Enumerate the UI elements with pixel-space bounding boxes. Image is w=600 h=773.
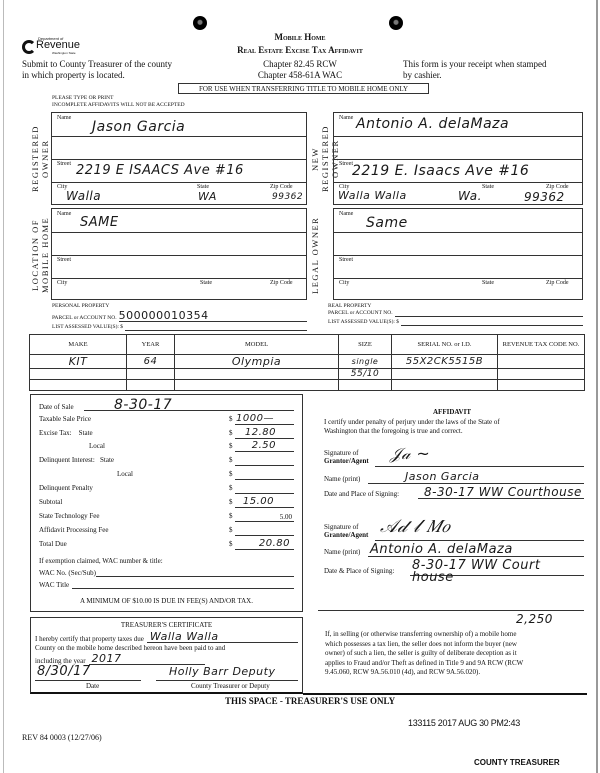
taxable-price-field[interactable]: 1000— [236, 413, 274, 424]
fill-line [235, 507, 294, 508]
technology-fee-field[interactable]: 5.00 [280, 513, 292, 521]
col-year: YEAR [127, 335, 175, 355]
cell-serial[interactable] [392, 369, 498, 380]
cert-date-label: Date [86, 682, 99, 690]
tax-row-subtotal: Subtotal$15.00 [39, 498, 294, 510]
cell-make[interactable]: KIT [30, 355, 127, 369]
divider [334, 255, 582, 256]
legal-owner-box: Name Same Street City State Zip Code [333, 208, 583, 300]
tax-row-technology-fee: State Technology Fee$5.00 [39, 512, 294, 524]
lien-line: If, in selling (or otherwise transferrin… [325, 630, 587, 640]
cell-make[interactable] [30, 380, 127, 391]
section-label-new-owner: NEW REGISTEREDOWNER [310, 113, 334, 205]
tax-label: Excise Tax: State [39, 429, 93, 437]
grantee-signature-label: Signature of Grantee/Agent [324, 523, 368, 539]
fill-line [235, 438, 294, 439]
treasurer-use-label: THIS SPACE - TREASURER'S USE ONLY [225, 696, 395, 706]
form-title-line2: Real Estate Excise Tax Affidavit [180, 45, 420, 55]
lien-top-line [318, 610, 584, 611]
assessed-value-label: LIST ASSESSED VALUE(S): $ [328, 319, 399, 326]
divider [334, 136, 582, 137]
city-label: City [339, 280, 349, 286]
real-property-parcel: REAL PROPERTY PARCEL or ACCOUNT NO. LIST… [328, 303, 583, 326]
fill-line [235, 549, 294, 550]
tax-label: Taxable Sale Price [39, 415, 91, 423]
tax-row-processing-fee: Affidavit Processing Fee$ [39, 526, 294, 538]
certify-line1: I certify under penalty of perjury under… [324, 418, 500, 427]
logo-swoosh-icon [22, 40, 36, 54]
instruction-type-print: PLEASE TYPE OR PRINT [52, 95, 185, 102]
personal-property-parcel: PERSONAL PROPERTY PARCEL or ACCOUNT NO.5… [52, 303, 307, 331]
grantor-signature-field[interactable] [375, 466, 584, 467]
name-label: Name [339, 211, 353, 217]
tax-label: Local [117, 470, 133, 478]
cell-model[interactable] [175, 369, 339, 380]
name-label: Name [57, 211, 71, 217]
treasurer-use-divider [303, 693, 587, 695]
excise-local-field[interactable]: 2.50 [252, 440, 276, 451]
real-property-label: REAL PROPERTY [328, 303, 583, 310]
street-label: Street [339, 257, 353, 263]
divider [334, 159, 582, 160]
cell-revenue-code[interactable] [498, 355, 585, 369]
tax-row-delinquent-local: Local$ [39, 470, 294, 482]
certify-line2: Washington that the foregoing is true an… [324, 427, 500, 436]
city-label: City [57, 280, 67, 286]
grantee-name-field[interactable]: Antonio A. delaMaza [370, 542, 513, 557]
logo-line3: Washington State [52, 51, 76, 55]
cell-size[interactable]: 55/10 [339, 369, 392, 380]
grantee-signature-field[interactable] [375, 540, 584, 541]
fill-line [235, 493, 294, 494]
affidavit-section: AFFIDAVIT I certify under penalty of per… [320, 404, 584, 604]
grantor-name-field[interactable]: Jason Garcia [405, 470, 480, 483]
cell-size[interactable]: single [339, 355, 392, 369]
parcel-no-label: PARCEL or ACCOUNT NO. [328, 310, 393, 317]
grantor-name-label: Name (print) [324, 475, 360, 483]
divider [334, 278, 582, 279]
mobile-home-table: MAKE YEAR MODEL SIZE SERIAL NO. or I.D. … [29, 334, 585, 391]
dollar-sign: $ [229, 526, 233, 534]
cert-line1: I hereby certify that property taxes due… [35, 631, 298, 643]
grantee-date-label: Date & Place of Signing: [324, 567, 394, 575]
lien-line: applies to Fraud and/or Theft as defined… [325, 659, 587, 669]
grantor-date-label: Date and Place of Signing: [324, 490, 399, 498]
personal-assessed-field[interactable] [125, 324, 307, 331]
tax-row-delinquent-state: Delinquent Interest: State$ [39, 456, 294, 468]
form-number: REV 84 0003 (12/27/06) [22, 733, 102, 742]
cert-date-field[interactable]: 8/30/17 [37, 664, 91, 679]
table-row [30, 380, 585, 391]
dollar-sign: $ [229, 415, 233, 423]
sig-label-line2: Grantee/Agent [324, 531, 368, 539]
punch-hole-right [389, 16, 403, 30]
col-size: SIZE [339, 335, 392, 355]
affidavit-certify: I certify under penalty of perjury under… [324, 418, 500, 436]
grantee-signature-scribble: 𝒜𝒹 𝓁 𝑀𝑜 [380, 516, 450, 537]
logo-wordmark: Revenue [36, 40, 80, 51]
grantee-date-field[interactable]: 8-30-17 WW Court house [412, 560, 582, 584]
cell-serial[interactable] [392, 380, 498, 391]
fill-line [235, 424, 294, 425]
new-owner-name-field[interactable]: Antonio A. delaMaza [356, 116, 509, 132]
col-make: MAKE [30, 335, 127, 355]
fill-line [235, 535, 294, 536]
new-owner-zip-field[interactable]: 99362 [524, 190, 565, 204]
wac-title-label: WAC Title [39, 581, 69, 589]
submit-note: Submit to County Treasurer of the county… [22, 59, 172, 81]
stamp-office: COUNTY TREASURER [474, 758, 560, 767]
chapter-rcw: Chapter 82.45 RCW [200, 59, 400, 70]
divider [334, 232, 582, 233]
lien-line: owner) of such a lien, the seller is gui… [325, 649, 587, 659]
name-label: Name [57, 115, 71, 121]
real-assessed-field[interactable] [401, 319, 583, 326]
cell-size[interactable] [339, 380, 392, 391]
minimum-fee-note: A MINIMUM OF $10.00 IS DUE IN FEE(S) AND… [31, 597, 302, 605]
submit-note-line1: Submit to County Treasurer of the county [22, 59, 172, 70]
state-label: State [482, 280, 494, 286]
page-edge-right [596, 0, 598, 773]
tax-label: Delinquent Penalty [39, 484, 93, 492]
table-row: KIT 64 Olympia single 55X2CK5515B [30, 355, 585, 369]
dollar-sign: $ [229, 540, 233, 548]
zip-label: Zip Code [270, 280, 293, 286]
lien-notice: If, in selling (or otherwise transferrin… [325, 630, 587, 678]
zip-label: Zip Code [546, 280, 569, 286]
table-header-row: MAKE YEAR MODEL SIZE SERIAL NO. or I.D. … [30, 335, 585, 355]
wac-title-field[interactable] [72, 581, 294, 589]
cert-line1-text: I hereby certify that property taxes due [35, 635, 144, 643]
registered-owner-name-field[interactable]: Jason Garcia [92, 119, 185, 135]
receipt-note-line1: This form is your receipt when stamped [403, 59, 546, 70]
tax-row-taxable-price: Taxable Sale Price$1000— [39, 415, 294, 427]
cell-make[interactable] [30, 369, 127, 380]
submit-note-line2: in which property is located. [22, 70, 172, 81]
state-label: State [482, 184, 494, 190]
grantor-signature-label: Signature of Grantor/Agent [324, 449, 369, 465]
divider [52, 278, 306, 279]
date-of-sale-row: Date of Sale 8-30-17 [39, 399, 294, 413]
dollar-sign: $ [229, 484, 233, 492]
new-owner-city-field[interactable]: Walla Walla [338, 189, 407, 202]
receipt-stamp: 133115 2017 AUG 30 PM2:43 [408, 718, 520, 728]
grantee-name-label: Name (print) [324, 548, 360, 556]
cert-date-line [35, 680, 141, 681]
wac-no-field[interactable] [96, 569, 294, 577]
receipt-note: This form is your receipt when stamped b… [403, 59, 546, 81]
excise-state-field[interactable]: 12.80 [245, 427, 276, 438]
chapter-wac: Chapter 458-61A WAC [200, 70, 400, 81]
total-due-field[interactable]: 20.80 [259, 538, 290, 549]
treasurer-certificate-box: TREASURER'S CERTIFICATE I hereby certify… [30, 617, 303, 694]
instructions: PLEASE TYPE OR PRINT INCOMPLETE AFFIDAVI… [52, 95, 185, 109]
registered-owner-city-field[interactable]: Walla [66, 189, 101, 203]
punch-hole-left [193, 16, 207, 30]
cert-treasurer-label: County Treasurer or Deputy [191, 682, 270, 690]
street-label: Street [339, 161, 353, 167]
col-serial: SERIAL NO. or I.D. [392, 335, 498, 355]
divider [52, 182, 306, 183]
cert-signature-line [156, 680, 298, 681]
new-owner-state-field[interactable]: Wa. [458, 189, 482, 203]
tax-label: Subtotal [39, 498, 62, 506]
fill-line [235, 451, 294, 452]
tax-label: Local [89, 442, 105, 450]
date-of-sale-label: Date of Sale [39, 403, 74, 411]
tax-row-delinquent-penalty: Delinquent Penalty$ [39, 484, 294, 496]
tax-label: Affidavit Processing Fee [39, 526, 108, 534]
cell-year[interactable] [127, 380, 175, 391]
page-edge-left [3, 0, 4, 773]
col-revenue-code: REVENUE TAX CODE NO. [498, 335, 585, 355]
sig-label-line2: Grantor/Agent [324, 457, 369, 465]
exemption-label: If exemption claimed, WAC number & title… [39, 557, 163, 565]
wac-no-label: WAC No. (Sec/Sub) [39, 569, 96, 577]
dollar-sign: $ [229, 470, 233, 478]
chapter-refs: Chapter 82.45 RCW Chapter 458-61A WAC [200, 59, 400, 81]
tax-label: Total Due [39, 540, 67, 548]
usage-banner: FOR USE WHEN TRANSFERRING TITLE TO MOBIL… [178, 83, 429, 94]
subtotal-field[interactable]: 15.00 [243, 496, 274, 507]
dollar-sign: $ [229, 456, 233, 464]
section-label-legal-owner: LEGAL OWNER [310, 209, 334, 301]
dor-logo: Department of Revenue Washington State [22, 36, 92, 58]
tax-row-total-due: Total Due$20.80 [39, 540, 294, 552]
grantor-name-line [368, 483, 584, 484]
divider [52, 159, 306, 160]
legal-owner-name-field[interactable]: Same [366, 215, 408, 231]
wac-no-row: WAC No. (Sec/Sub) [39, 569, 294, 577]
dollar-sign: $ [229, 512, 233, 520]
handwritten-number: 2,250 [516, 612, 553, 626]
divider [52, 255, 306, 256]
cell-revenue-code[interactable] [498, 369, 585, 380]
wac-title-row: WAC Title [39, 581, 294, 589]
col-model: MODEL [175, 335, 339, 355]
sig-label-line1: Signature of [324, 523, 368, 531]
assessed-value-label: LIST ASSESSED VALUE(S): $ [52, 324, 123, 331]
cert-county-field[interactable]: Walla Walla [147, 631, 298, 643]
treasurer-certificate-title: TREASURER'S CERTIFICATE [31, 621, 302, 629]
divider [52, 136, 306, 137]
cell-model[interactable]: Olympia [175, 355, 339, 369]
tax-row-excise-local: Local$2.50 [39, 442, 294, 454]
lien-line: 9.45.060, RCW 9A.56.010 (4d), and RCW 9A… [325, 668, 587, 678]
personal-parcel-field[interactable]: 500000010354 [119, 310, 307, 322]
date-of-sale-field[interactable]: 8-30-17 [114, 397, 172, 413]
registered-owner-box: Name Jason Garcia Street 2219 E ISAACS A… [51, 112, 307, 205]
location-name-field[interactable]: SAME [80, 215, 119, 230]
new-owner-box: Name Antonio A. delaMaza Street 2219 E. … [333, 112, 583, 205]
dollar-sign: $ [229, 498, 233, 506]
fill-line [235, 521, 294, 522]
location-box: Name SAME Street City State Zip Code [51, 208, 307, 300]
parcel-no-label: PARCEL or ACCOUNT NO. [52, 315, 117, 322]
cell-year[interactable]: 64 [127, 355, 175, 369]
grantor-signature-scribble: 𝒥𝒶 ~ [390, 444, 430, 464]
dollar-sign: $ [229, 429, 233, 437]
fill-line [235, 465, 294, 466]
new-owner-street-field[interactable]: 2219 E. Isaacs Ave #16 [352, 163, 529, 179]
divider [334, 182, 582, 183]
table-row: 55/10 [30, 369, 585, 380]
state-label: State [200, 280, 212, 286]
sig-label-line1: Signature of [324, 449, 369, 457]
fill-line [235, 479, 294, 480]
street-label: Street [57, 257, 71, 263]
cert-year-field[interactable]: 2017 [89, 653, 205, 665]
registered-owner-street-field[interactable]: 2219 E ISAACS Ave #16 [76, 163, 244, 178]
tax-label: Delinquent Interest: State [39, 456, 114, 464]
registered-owner-state-field[interactable]: WA [198, 190, 217, 203]
cell-serial[interactable]: 55X2CK5515B [392, 355, 498, 369]
cell-year[interactable] [127, 369, 175, 380]
tax-label: State Technology Fee [39, 512, 99, 520]
real-parcel-field[interactable] [395, 310, 583, 317]
cell-revenue-code[interactable] [498, 380, 585, 391]
affidavit-title: AFFIDAVIT [320, 408, 584, 416]
grantor-date-field[interactable]: 8-30-17 WW Courthouse [424, 485, 582, 499]
name-label: Name [339, 115, 353, 121]
instruction-incomplete: INCOMPLETE AFFIDAVITS WILL NOT BE ACCEPT… [52, 102, 185, 109]
divider [52, 232, 306, 233]
cert-signature-field[interactable]: Holly Barr Deputy [169, 665, 275, 678]
lien-line: which possesses a tax lien, the seller d… [325, 640, 587, 650]
cert-line2: County on the mobile home described here… [35, 644, 225, 652]
street-label: Street [57, 161, 71, 167]
registered-owner-zip-field[interactable]: 99362 [272, 192, 303, 202]
cell-model[interactable] [175, 380, 339, 391]
form-title-line1: Mobile Home [200, 32, 400, 42]
dollar-sign: $ [229, 442, 233, 450]
zip-label: Zip Code [270, 184, 293, 190]
receipt-note-line2: by cashier. [403, 70, 546, 81]
tax-computation-box: Date of Sale 8-30-17 Taxable Sale Price$… [30, 394, 303, 612]
